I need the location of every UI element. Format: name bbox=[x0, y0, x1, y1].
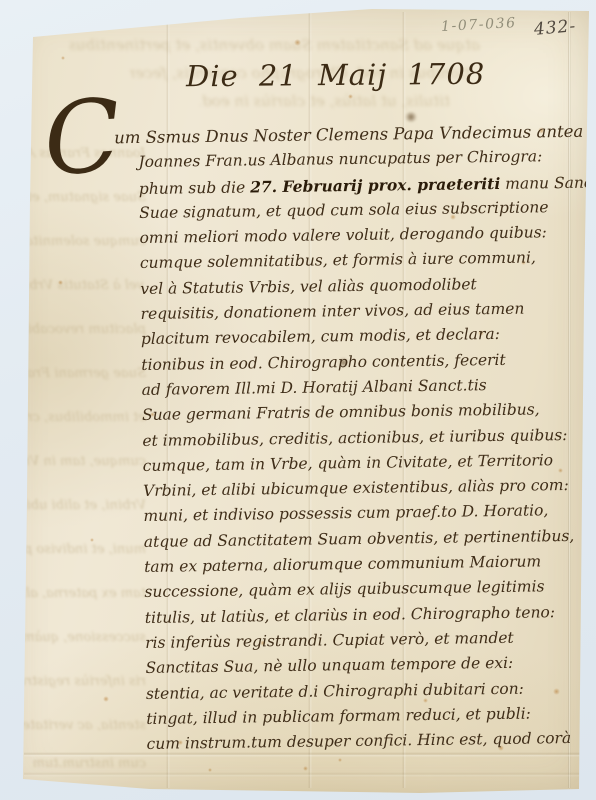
drop-cap: C bbox=[41, 85, 124, 190]
bleedthrough-line: Vrbini, et alibi ubicumque existentibus,… bbox=[6, 498, 146, 513]
bleedthrough-line: atque ad Sanctitatem Suam obventis, et p… bbox=[70, 38, 480, 53]
fold-crease-horizontal bbox=[24, 772, 582, 777]
bleedthrough-line: muni, et indiviso possessis cum praef.to… bbox=[18, 542, 146, 557]
foxing-spot bbox=[348, 94, 353, 99]
bleedthrough-line: Suae germani Fratris de omnibus bonis mo… bbox=[16, 366, 146, 381]
foxing-spot bbox=[208, 768, 212, 772]
foxing-spot bbox=[338, 758, 342, 762]
bleedthrough-line: cumque, tam in Vrbe, quàm in Civitate, e… bbox=[22, 454, 146, 469]
foxing-spot bbox=[294, 39, 301, 46]
bleedthrough-line: placitum revocabilem, cum modis, et decl… bbox=[6, 322, 146, 337]
bleedthrough-line: titulis, ut latiùs, et clariùs in eod. C… bbox=[200, 94, 450, 109]
bleedthrough-line: ris inferiùs registrandi. Cupiat verò, e… bbox=[8, 674, 146, 689]
foxing-spot bbox=[103, 696, 109, 702]
bleedthrough-line: stentia, ac veritate d.i Chirographi dub… bbox=[16, 718, 146, 733]
folio-number-annotation: 432- bbox=[533, 16, 577, 40]
date-heading: Die 21 Maij 1708 bbox=[186, 57, 486, 94]
bleedthrough-line: successione, quàm ex alijs quibuscumque … bbox=[24, 630, 146, 645]
foxing-spot bbox=[58, 280, 63, 285]
bleedthrough-line: cum instrum.tum desuper confici. Hinc es… bbox=[30, 756, 146, 771]
foxing-spot bbox=[90, 538, 94, 542]
inserted-date-segment: 27. Februarij prox. praeteriti bbox=[250, 174, 500, 196]
foxing-spot bbox=[61, 56, 65, 60]
text-segment: manu Sanctitatis bbox=[500, 173, 596, 193]
foxing-spot bbox=[303, 766, 308, 771]
text-segment: phum sub die bbox=[139, 178, 251, 198]
archive-ref-annotation: 1-07-036 bbox=[441, 15, 517, 35]
manuscript-text-block: um Ssmus Dnus Noster Clemens Papa Vndeci… bbox=[138, 121, 596, 760]
bleedthrough-line: et immobilibus, creditis, actionibus, et… bbox=[10, 410, 146, 425]
ink-smudge bbox=[404, 112, 418, 122]
bleedthrough-line: cumque solemnitatibus, et formis à iure … bbox=[8, 234, 146, 249]
manuscript-scan: atque ad Sanctitatem Suam obventis, et p… bbox=[0, 0, 596, 800]
bleedthrough-line: vel à Statutis Vrbis, vel aliàs quomodol… bbox=[24, 278, 144, 293]
bleedthrough-line: tam ex paterna, aliorumque communium Mai… bbox=[10, 586, 146, 601]
paper-sheet: atque ad Sanctitatem Suam obventis, et p… bbox=[0, 0, 596, 800]
